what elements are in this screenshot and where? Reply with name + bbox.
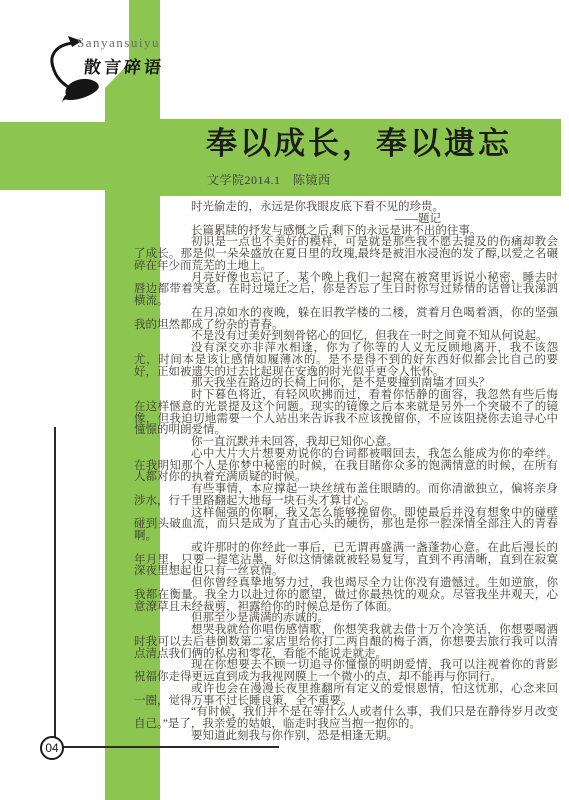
paragraph: “有时候，我们并不是在等什么人或者什么事，我们只是在静待岁月改变自己。”是了，我… [134, 707, 558, 731]
paragraph: 月亮好像也忘记了，某个晚上我们一起窝在被窝里诉说小秘密，睡去时唇边都带着笑意。在… [134, 273, 558, 308]
logo-romanized-text: Sanyansuiyu [77, 35, 160, 51]
magazine-page: Sanyansuiyu 散言碎语 奉以成长，奉以遗忘 文学院2014.1 陈镜西… [0, 0, 569, 800]
paragraph: 这样倔强的你啊，我又怎么能够挽留你。即使最后并没有想象中的碰壁碰到头破血流，而只… [134, 508, 558, 543]
paragraph: 初识是一点也不美好的模样，可是就是那些我不愿去提及的伤痛却教会了成长。那是似一朵… [134, 237, 558, 272]
paragraph: 现在你想要去不顾一切追寻你憧憬的明朗爱情，我可以注视着你的背影祝福你走得更远直到… [134, 660, 558, 684]
paragraph: 但你曾经真挚地努力过，我也竭尽全力让你没有遗憾过。生如逆旅，你我都在衡量。我全力… [134, 578, 558, 613]
paragraph: 要知道此刻我与你作别，恐是相逢无期。 [134, 731, 558, 743]
paragraph: 在月凉如水的夜晚，躲在旧教学楼的二楼，赏着月色喝着酒，你的坚强我的坦然都成了纷杂… [134, 308, 558, 332]
article-body: 时光偷走的，永远是你我眼皮底下看不见的珍贵。——题记长篇累牍的抒发与感慨之后,剩… [134, 202, 558, 743]
paragraph: 没有深交亦非萍水相逢，你为了你等的人义无反顾地离开，我不该怨尤，时间本是该让感情… [134, 343, 558, 378]
article-title: 奉以成长，奉以遗忘 [206, 128, 512, 159]
epigraph-line: ——题记 [134, 214, 558, 226]
page-number-badge: 04 [40, 736, 64, 760]
article-byline: 文学院2014.1 陈镜西 [207, 171, 331, 188]
page-number-vertical-rule [54, 427, 56, 737]
paragraph: 你一直沉默并未回答，我却已知你心意。 [134, 437, 558, 449]
paragraph: 有些事情，本应撑起一块丝绒布盖住眼睛的。而你清澈独立，偏将亲身涉水，行千里路翻起… [134, 484, 558, 508]
paragraph: 时下暮色将近，有轻风吹拂而过，看着你恬静的面容，我忽然有些后悔在这样惬意的光景提… [134, 390, 558, 437]
logo-chinese-text: 散言碎语 [83, 53, 166, 78]
page-number-horizontal-rule [62, 746, 279, 748]
paragraph: 心中大片大片想要劝说你的台词都被咽回去，我怎么能成为你的牵绊。在我明知那个人是你… [134, 449, 558, 484]
paragraph: 时光偷走的，永远是你我眼皮底下看不见的珍贵。 [134, 202, 558, 214]
green-band-left-arm [0, 122, 106, 190]
paragraph: 或许也会在漫漫长夜里推翻所有定义的爱恨恩情，怕这忧那，心念来回一圈，觉得万事不过… [134, 684, 558, 708]
paragraph: 或许那时的你经此一事后，已无谓再盛满一盏蓬勃心意。在此后漫长的年月里，只要一提笔… [134, 543, 558, 578]
paragraph: 想哭我就给你唱伤感情歌，你想笑我就去借十万个冷笑话，你想要喝酒时我可以去后巷倒数… [134, 625, 558, 660]
